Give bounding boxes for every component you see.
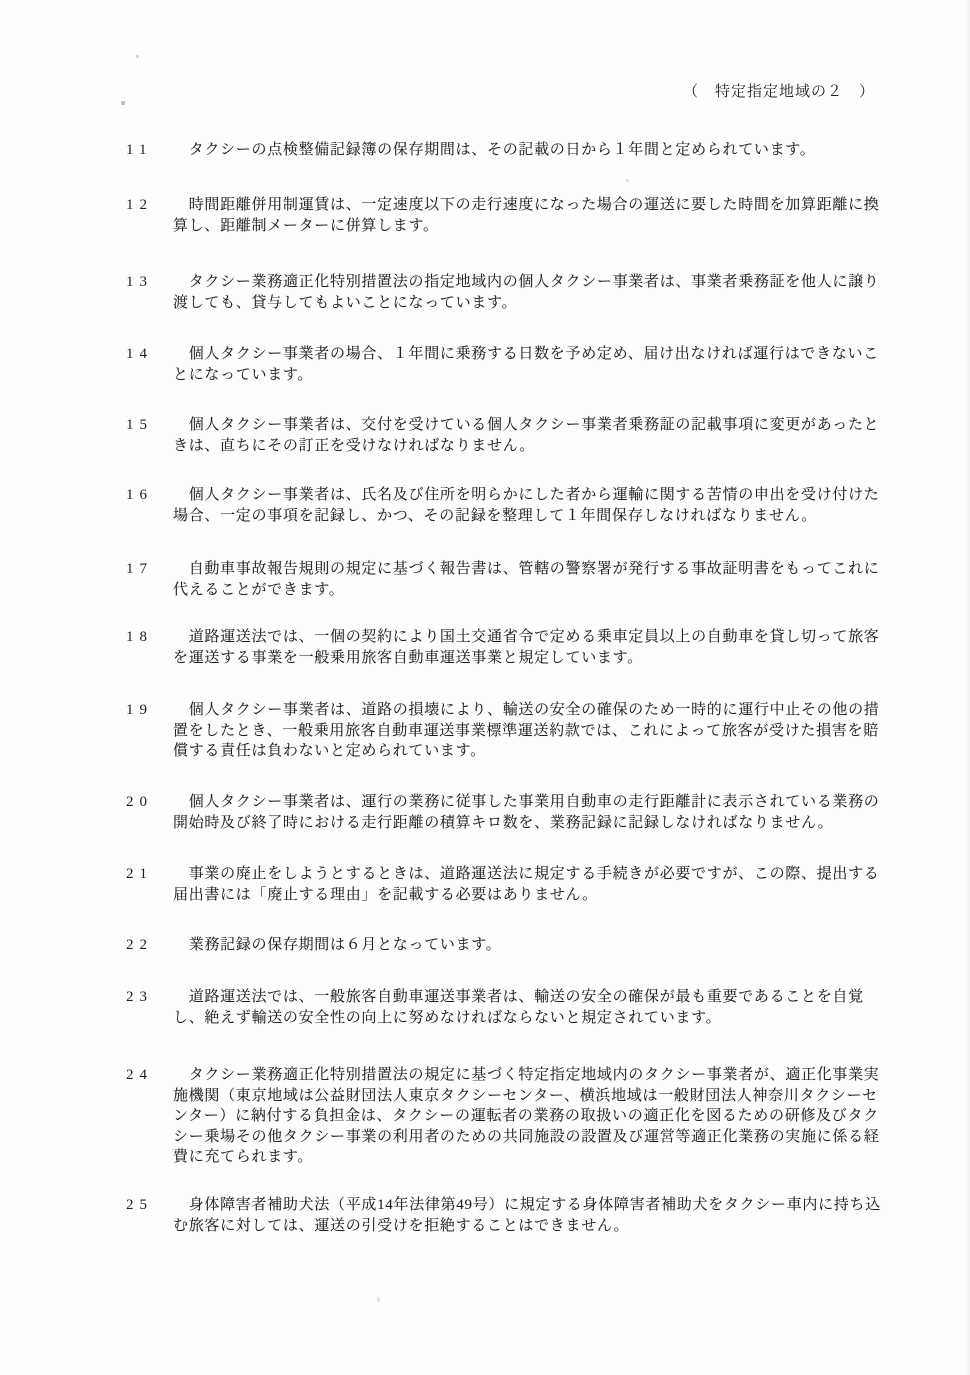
item-text: 個人タクシー事業者は、道路の損壊により、輸送の安全の確保のため一時的に運行中止そ… [173,700,881,762]
item-text: 個人タクシー事業者は、交付を受けている個人タクシー事業者乗務証の記載事項に変更が… [173,415,881,456]
question-item-17: 17 自動車事故報告規則の規定に基づく報告書は、管轄の警察署が発行する事故証明書… [0,559,970,600]
question-item-13: 13 タクシー業務適正化特別措置法の指定地域内の個人タクシー事業者は、事業者乗務… [0,272,970,313]
question-item-18: 18 道路運送法では、一個の契約により国土交通省令で定める乗車定員以上の自動車を… [0,627,970,668]
scan-speck [626,179,629,182]
item-number: 13 [126,272,153,293]
question-item-24: 24 タクシー業務適正化特別措置法の規定に基づく特定指定地域内のタクシー事業者が… [0,1065,970,1168]
question-item-25: 25 身体障害者補助犬法（平成14年法律第49号）に規定する身体障害者補助犬をタ… [0,1195,970,1236]
item-number: 17 [126,559,153,580]
item-text: 個人タクシー事業者は、運行の業務に従事した事業用自動車の走行距離計に表示されてい… [173,792,881,833]
question-item-19: 19 個人タクシー事業者は、道路の損壊により、輸送の安全の確保のため一時的に運行… [0,700,970,762]
item-text: 道路運送法では、一個の契約により国土交通省令で定める乗車定員以上の自動車を貸し切… [173,627,881,668]
page-header-label: （ 特定指定地域の２ ） [683,80,875,101]
scan-speck [377,1297,380,1302]
item-text: タクシーの点検整備記録簿の保存期間は、その記載の日から１年間と定められています。 [173,140,881,161]
item-number: 21 [126,864,153,885]
item-number: 22 [126,935,153,956]
item-number: 11 [126,140,152,161]
item-text: 個人タクシー事業者は、氏名及び住所を明らかにした者から運輸に関する苦情の申出を受… [173,485,881,526]
item-text: 道路運送法では、一般旅客自動車運送事業者は、輸送の安全の確保が最も重要であること… [173,987,881,1028]
item-text: 時間距離併用制運賃は、一定速度以下の走行速度になった場合の運送に要した時間を加算… [173,195,881,236]
scan-speck [121,101,125,105]
question-item-21: 21 事業の廃止をしようとするときは、道路運送法に規定する手続きが必要ですが、こ… [0,864,970,905]
item-text: タクシー業務適正化特別措置法の指定地域内の個人タクシー事業者は、事業者乗務証を他… [173,272,881,313]
question-item-14: 14 個人タクシー事業者の場合、１年間に乗務する日数を予め定め、届け出なければ運… [0,344,970,385]
item-number: 15 [126,415,153,436]
item-number: 16 [126,485,153,506]
question-item-11: 11 タクシーの点検整備記録簿の保存期間は、その記載の日から１年間と定められてい… [0,140,970,161]
item-text: 個人タクシー事業者の場合、１年間に乗務する日数を予め定め、届け出なければ運行はで… [173,344,881,385]
item-number: 18 [126,627,153,648]
item-text: 身体障害者補助犬法（平成14年法律第49号）に規定する身体障害者補助犬をタクシー… [173,1195,881,1236]
scan-speck [136,55,139,58]
question-item-23: 23 道路運送法では、一般旅客自動車運送事業者は、輸送の安全の確保が最も重要であ… [0,987,970,1028]
question-item-15: 15 個人タクシー事業者は、交付を受けている個人タクシー事業者乗務証の記載事項に… [0,415,970,456]
item-number: 23 [126,987,153,1008]
item-text: 事業の廃止をしようとするときは、道路運送法に規定する手続きが必要ですが、この際、… [173,864,881,905]
item-text: 自動車事故報告規則の規定に基づく報告書は、管轄の警察署が発行する事故証明書をもっ… [173,559,881,600]
question-item-16: 16 個人タクシー事業者は、氏名及び住所を明らかにした者から運輸に関する苦情の申… [0,485,970,526]
item-number: 12 [126,195,153,216]
item-number: 14 [126,344,153,365]
question-item-12: 12 時間距離併用制運賃は、一定速度以下の走行速度になった場合の運送に要した時間… [0,195,970,236]
item-number: 19 [126,700,153,721]
question-item-22: 22 業務記録の保存期間は６月となっています。 [0,935,970,956]
item-number: 20 [126,792,153,813]
item-text: タクシー業務適正化特別措置法の規定に基づく特定指定地域内のタクシー事業者が、適正… [173,1065,881,1168]
question-item-20: 20 個人タクシー事業者は、運行の業務に従事した事業用自動車の走行距離計に表示さ… [0,792,970,833]
item-number: 25 [126,1195,153,1216]
item-number: 24 [126,1065,153,1086]
document-page: （ 特定指定地域の２ ） 11 タクシーの点検整備記録簿の保存期間は、その記載の… [0,0,970,1375]
item-text: 業務記録の保存期間は６月となっています。 [173,935,881,956]
